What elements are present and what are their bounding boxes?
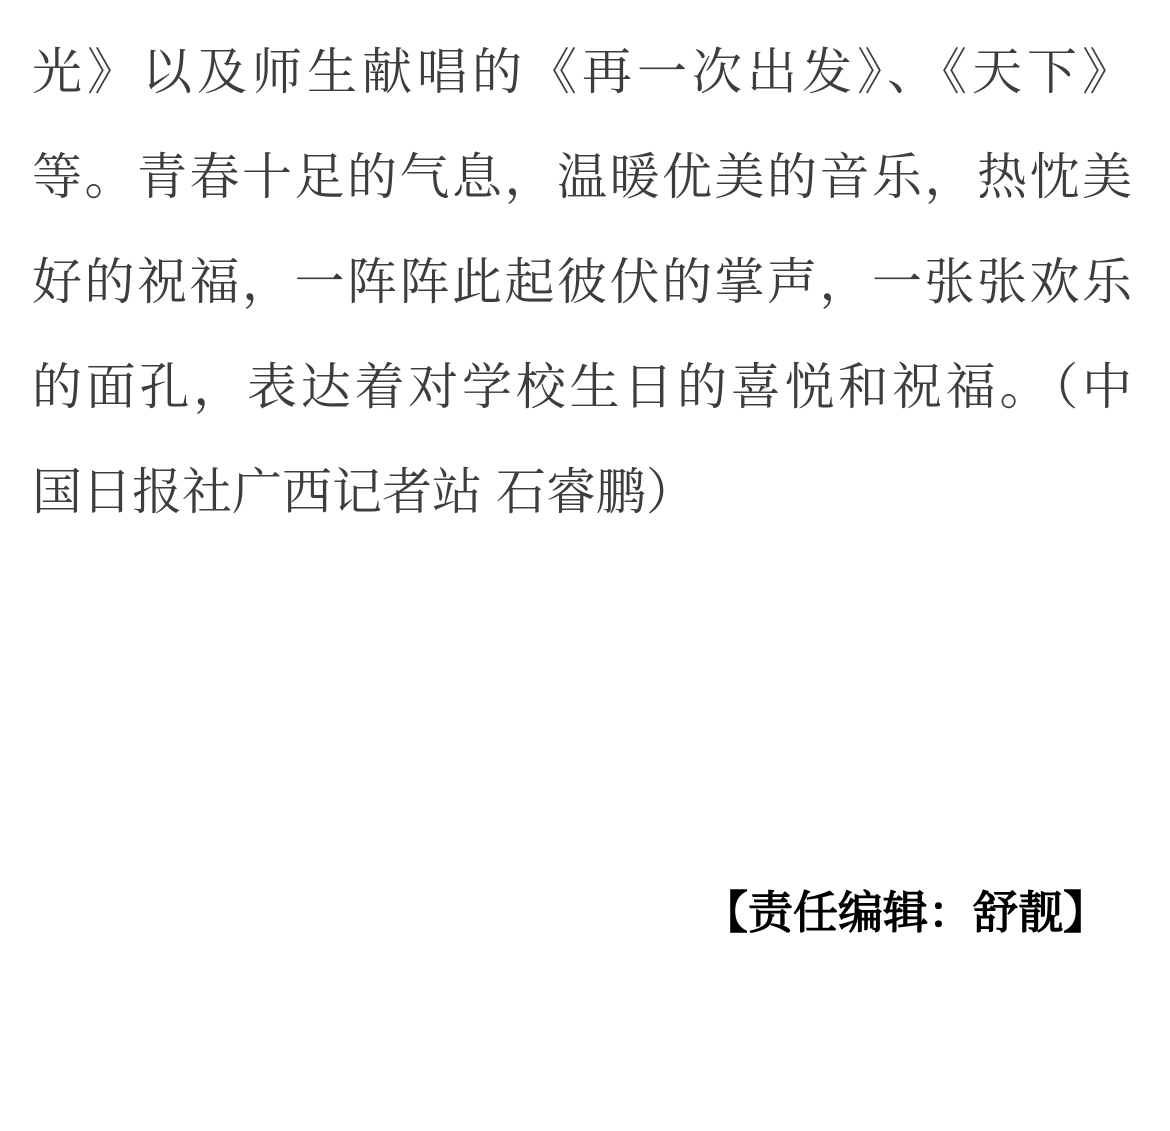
- article-line: 光》以及师生献唱的《再一次出发》、《天下》: [32, 20, 1132, 125]
- article-line: 等。青春十足的气息，温暖优美的音乐，热忱美: [32, 125, 1132, 230]
- article-body: 光》以及师生献唱的《再一次出发》、《天下》 等。青春十足的气息，温暖优美的音乐，…: [0, 0, 1170, 545]
- article-line: 的面孔，表达着对学校生日的喜悦和祝福。（中: [32, 335, 1132, 440]
- editor-credit: 【责任编辑：舒靓】: [0, 880, 1170, 946]
- article-page: 光》以及师生献唱的《再一次出发》、《天下》 等。青春十足的气息，温暖优美的音乐，…: [0, 0, 1170, 1131]
- article-line: 好的祝福，一阵阵此起彼伏的掌声，一张张欢乐: [32, 230, 1132, 335]
- article-line: 国日报社广西记者站 石睿鹏）: [32, 440, 1132, 545]
